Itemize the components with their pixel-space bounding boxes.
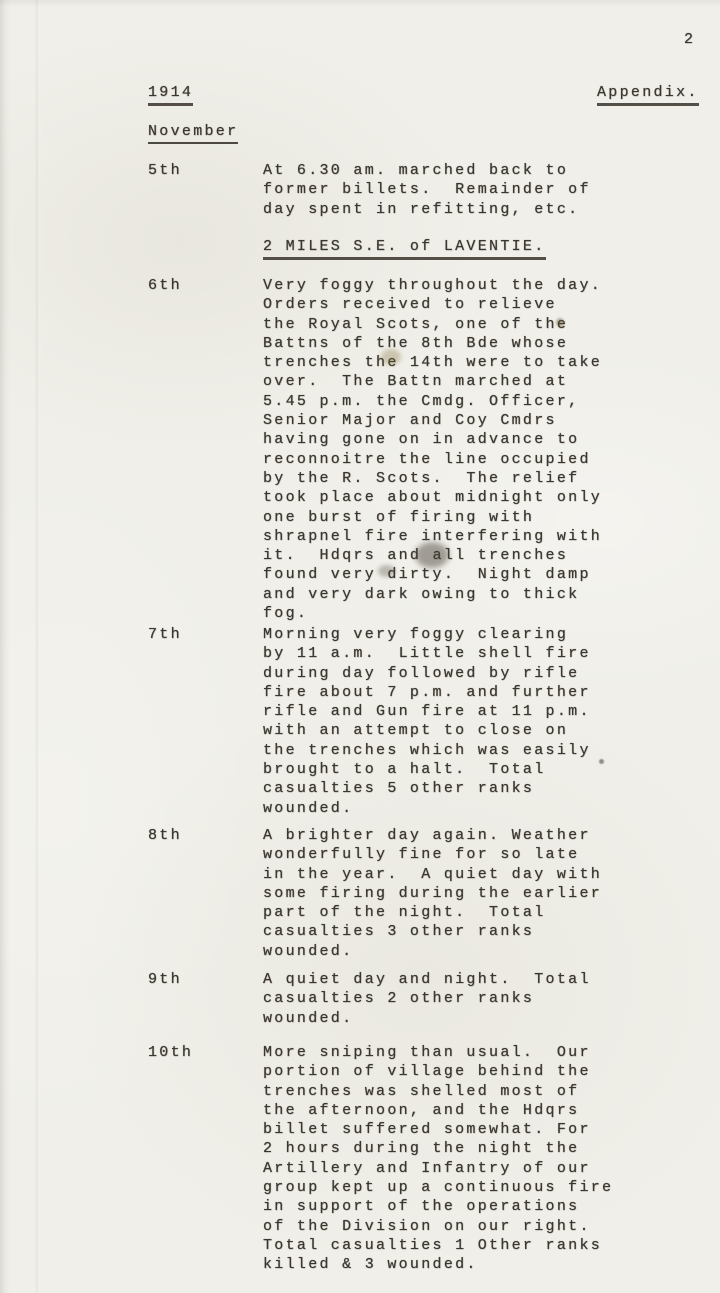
page-number: 2	[684, 30, 695, 49]
diary-entry-8th: 8th A brighter day again. Weather wonder…	[148, 826, 693, 961]
entry-date: 7th	[148, 625, 263, 644]
entry-date: 8th	[148, 826, 263, 845]
diary-entry-9th: 9th A quiet day and night. Total casualt…	[148, 970, 693, 1028]
appendix-label: Appendix.	[597, 83, 699, 106]
entry-text: More sniping than usual. Our portion of …	[263, 1043, 693, 1275]
year-heading: 1914	[148, 83, 193, 106]
diary-entry-5th: 5th At 6.30 am. marched back to former b…	[148, 161, 693, 219]
entry-text: A brighter day again. Weather wonderfull…	[263, 826, 693, 961]
entry-date: 10th	[148, 1043, 263, 1062]
diary-entry-10th: 10th More sniping than usual. Our portio…	[148, 1043, 693, 1275]
entry-text: At 6.30 am. marched back to former bille…	[263, 161, 693, 219]
entry-date: 9th	[148, 970, 263, 989]
entry-date: 5th	[148, 161, 263, 180]
document-page: 2 1914 Appendix. November 5th At 6.30 am…	[0, 0, 720, 1293]
diary-entry-6th: 6th Very foggy throughout the day. Order…	[148, 276, 693, 623]
entry-text: Morning very foggy clearing by 11 a.m. L…	[263, 625, 693, 818]
entry-date: 6th	[148, 276, 263, 295]
location-heading: 2 MILES S.E. of LAVENTIE.	[263, 237, 546, 260]
diary-entry-7th: 7th Morning very foggy clearing by 11 a.…	[148, 625, 693, 818]
month-heading: November	[148, 122, 238, 144]
entry-text: Very foggy throughout the day. Orders re…	[263, 276, 693, 623]
entry-text: A quiet day and night. Total casualties …	[263, 970, 693, 1028]
